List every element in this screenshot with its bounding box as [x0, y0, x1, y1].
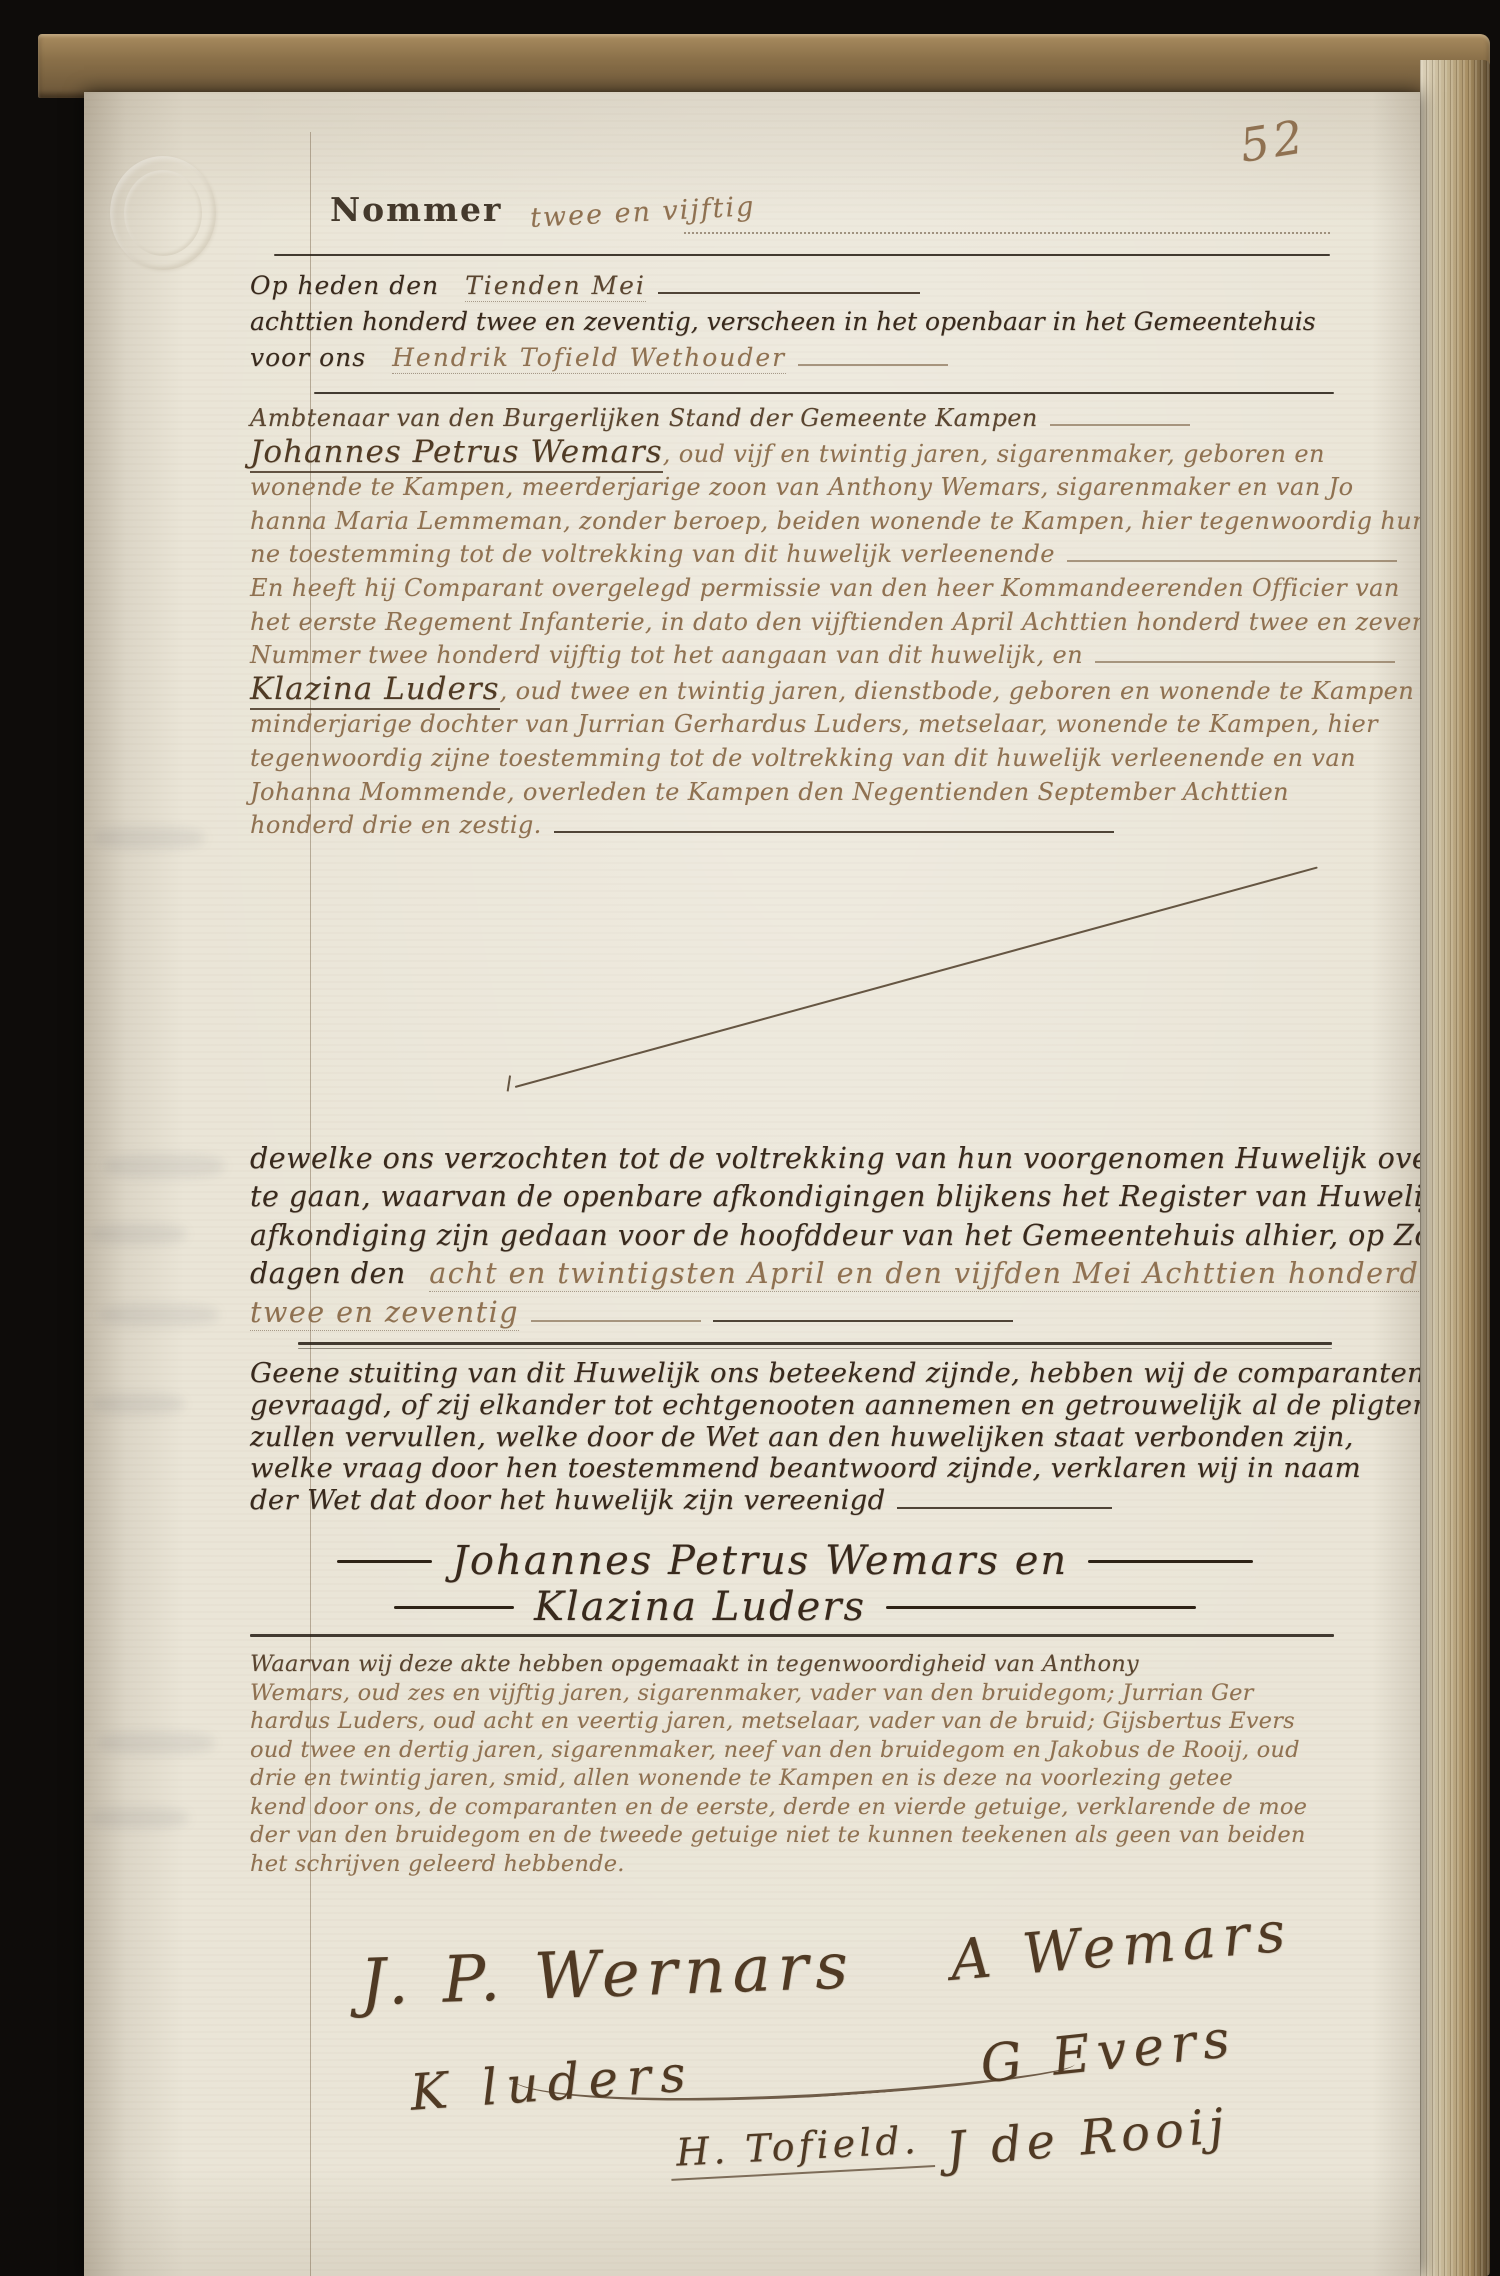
register-page: 52 Nommer twee en vijftig Op heden denTi…	[84, 92, 1420, 2276]
act-line-text: Nummer twee honderd vijftig tot het aang…	[250, 641, 1083, 669]
ghost-mark	[100, 1304, 218, 1326]
page-corner-mark: 52	[1236, 109, 1310, 173]
act-line: tegenwoordig zijne toestemming tot de vo…	[250, 742, 1360, 776]
act-line: gevraagd, of zij elkander tot echtgenoot…	[250, 1390, 1340, 1422]
act-line: twee en zeventig	[250, 1294, 1340, 1332]
ink-stroke	[1067, 550, 1397, 562]
act-number-row: Nommer twee en vijftig	[330, 190, 755, 229]
signature-groom: J. P. Wernars	[359, 1929, 856, 2020]
book-cover-edge	[38, 34, 1490, 98]
section-rule	[298, 1342, 1332, 1345]
marriage-request-paragraph: dewelke ons verzochten tot de voltrekkin…	[250, 1140, 1340, 1332]
ink-stroke	[886, 1606, 1196, 1609]
page-stack-edge	[1420, 60, 1490, 2276]
act-line: Op heden denTienden Mei	[250, 268, 1350, 304]
act-line: kend door ons, de comparanten en de eers…	[250, 1793, 1370, 1822]
embossed-stamp	[110, 156, 216, 270]
groom-name: Johannes Petrus Wemars	[250, 434, 663, 473]
parties-paragraph: Ambtenaar van den Burgerlijken Stand der…	[250, 402, 1360, 843]
ghost-mark	[90, 1224, 186, 1244]
act-line: het eerste Regement Infanterie, in dato …	[250, 606, 1360, 640]
ghost-mark	[104, 1154, 224, 1178]
act-line: Klazina Luders, oud twee en twintig jare…	[250, 673, 1360, 709]
act-line: En heeft hij Comparant overgelegd permis…	[250, 572, 1360, 606]
union-groom-name: Johannes Petrus Wemars en	[452, 1538, 1068, 1584]
bride-name: Klazina Luders	[250, 671, 500, 710]
act-line-text: , oud twee en twintig jaren, dienstbode,…	[500, 677, 1415, 705]
act-line-text: Op heden den	[250, 271, 439, 300]
section-rule	[250, 1634, 1334, 1637]
signature-bride: K luders	[408, 2044, 696, 2122]
union-names: Johannes Petrus Wemars en Klazina Luders	[250, 1538, 1340, 1630]
act-line: drie en twintig jaren, smid, allen wonen…	[250, 1764, 1370, 1793]
act-line: Johanna Mommende, overleden te Kampen de…	[250, 776, 1360, 810]
registrar-line-text: Ambtenaar van den Burgerlijken Stand der…	[250, 404, 1038, 432]
act-line: te gaan, waarvan de openbare afkondiging…	[250, 1178, 1340, 1216]
union-bride-name: Klazina Luders	[534, 1584, 866, 1630]
act-line: Johannes Petrus Wemars, oud vijf en twin…	[250, 436, 1360, 472]
act-line: der van den bruidegom en de tweede getui…	[250, 1821, 1370, 1850]
ink-stroke	[798, 354, 948, 366]
ink-stroke	[337, 1560, 432, 1563]
act-line: Wemars, oud zes en vijftig jaren, sigare…	[250, 1679, 1370, 1708]
act-line-text: honderd drie en zestig.	[250, 811, 542, 839]
fill-in-text: Hendrik Tofield Wethouder	[392, 343, 786, 374]
act-line: Geene stuiting van dit Huwelijk ons bete…	[250, 1358, 1340, 1390]
ink-stroke	[897, 1497, 1112, 1509]
nommer-value: twee en vijftig	[529, 191, 756, 234]
nommer-dotted-line	[684, 232, 1330, 234]
ink-stroke	[1095, 651, 1395, 663]
act-line-text: der Wet dat door het huwelijk zijn veree…	[250, 1484, 885, 1516]
act-line: der Wet dat door het huwelijk zijn veree…	[250, 1485, 1340, 1517]
ghost-mark	[94, 827, 204, 849]
fill-in-text: twee en zeventig	[250, 1296, 519, 1331]
ghost-mark	[98, 1732, 214, 1754]
fill-in-text: acht en twintigsten April en den vijfden…	[429, 1257, 1419, 1292]
act-line: hardus Luders, oud acht en veertig jaren…	[250, 1707, 1370, 1736]
signature-registrar: H. Tofield.	[669, 2117, 935, 2181]
act-line-text: ne toestemming tot de voltrekking van di…	[250, 540, 1055, 568]
ink-stroke	[658, 282, 920, 294]
act-line: welke vraag door hen toestemmend beantwo…	[250, 1453, 1340, 1485]
act-line: wonende te Kampen, meerderjarige zoon va…	[250, 471, 1360, 505]
act-line: het schrijven geleerd hebbende.	[250, 1850, 1370, 1879]
act-line: honderd drie en zestig.	[250, 809, 1360, 843]
act-line-text: , oud vijf en twintig jaren, sigarenmake…	[663, 440, 1325, 468]
signature-witness-a-wemars: A Wemars	[948, 1899, 1295, 1994]
act-line: ne toestemming tot de voltrekking van di…	[250, 538, 1360, 572]
act-line: hanna Maria Lemmeman, zonder beroep, bei…	[250, 505, 1360, 539]
opening-paragraph: Op heden denTienden Mei achttien honderd…	[250, 268, 1350, 376]
union-row: Klazina Luders	[250, 1584, 1340, 1630]
ink-stroke	[394, 1606, 514, 1609]
act-line: dewelke ons verzochten tot de voltrekkin…	[250, 1140, 1340, 1178]
ink-stroke	[1088, 1560, 1253, 1563]
nommer-label: Nommer	[330, 190, 502, 229]
act-line-text: dagen den	[250, 1257, 406, 1290]
act-line: dagen den acht en twintigsten April en d…	[250, 1255, 1340, 1293]
ink-stroke	[713, 1310, 1013, 1322]
ghost-mark	[92, 1394, 184, 1414]
act-line: afkondiging zijn gedaan voor de hoofddeu…	[250, 1217, 1340, 1255]
act-line-text: voor ons	[250, 343, 366, 372]
ink-stroke	[531, 1310, 701, 1322]
section-rule	[274, 254, 1330, 256]
ink-stroke	[1050, 414, 1190, 426]
section-rule	[314, 392, 1334, 394]
act-line: minderjarige dochter van Jurrian Gerhard…	[250, 708, 1360, 742]
act-line: achttien honderd twee en zeventig, versc…	[250, 304, 1350, 340]
fill-in-text: Tienden Mei	[465, 271, 646, 302]
signature-witness-j-de-rooij: J de Rooij	[944, 2098, 1231, 2178]
ink-stroke	[554, 821, 1114, 833]
no-impediment-paragraph: Geene stuiting van dit Huwelijk ons bete…	[250, 1358, 1340, 1517]
act-line: voor onsHendrik Tofield Wethouder	[250, 340, 1350, 376]
ghost-mark	[90, 1808, 188, 1828]
act-line: zullen vervullen, welke door de Wet aan …	[250, 1422, 1340, 1454]
act-line: Waarvan wij deze akte hebben opgemaakt i…	[250, 1650, 1370, 1679]
witnesses-paragraph: Waarvan wij deze akte hebben opgemaakt i…	[250, 1650, 1370, 1878]
act-line: oud twee en dertig jaren, sigarenmaker, …	[250, 1736, 1370, 1765]
act-line: Nummer twee honderd vijftig tot het aang…	[250, 639, 1360, 673]
book-scan: 52 Nommer twee en vijftig Op heden denTi…	[0, 0, 1500, 2276]
act-line: Ambtenaar van den Burgerlijken Stand der…	[250, 402, 1360, 436]
section-rule	[298, 1348, 1332, 1349]
union-row: Johannes Petrus Wemars en	[250, 1538, 1340, 1584]
blank-space-cancellation-stroke	[515, 866, 1318, 1087]
